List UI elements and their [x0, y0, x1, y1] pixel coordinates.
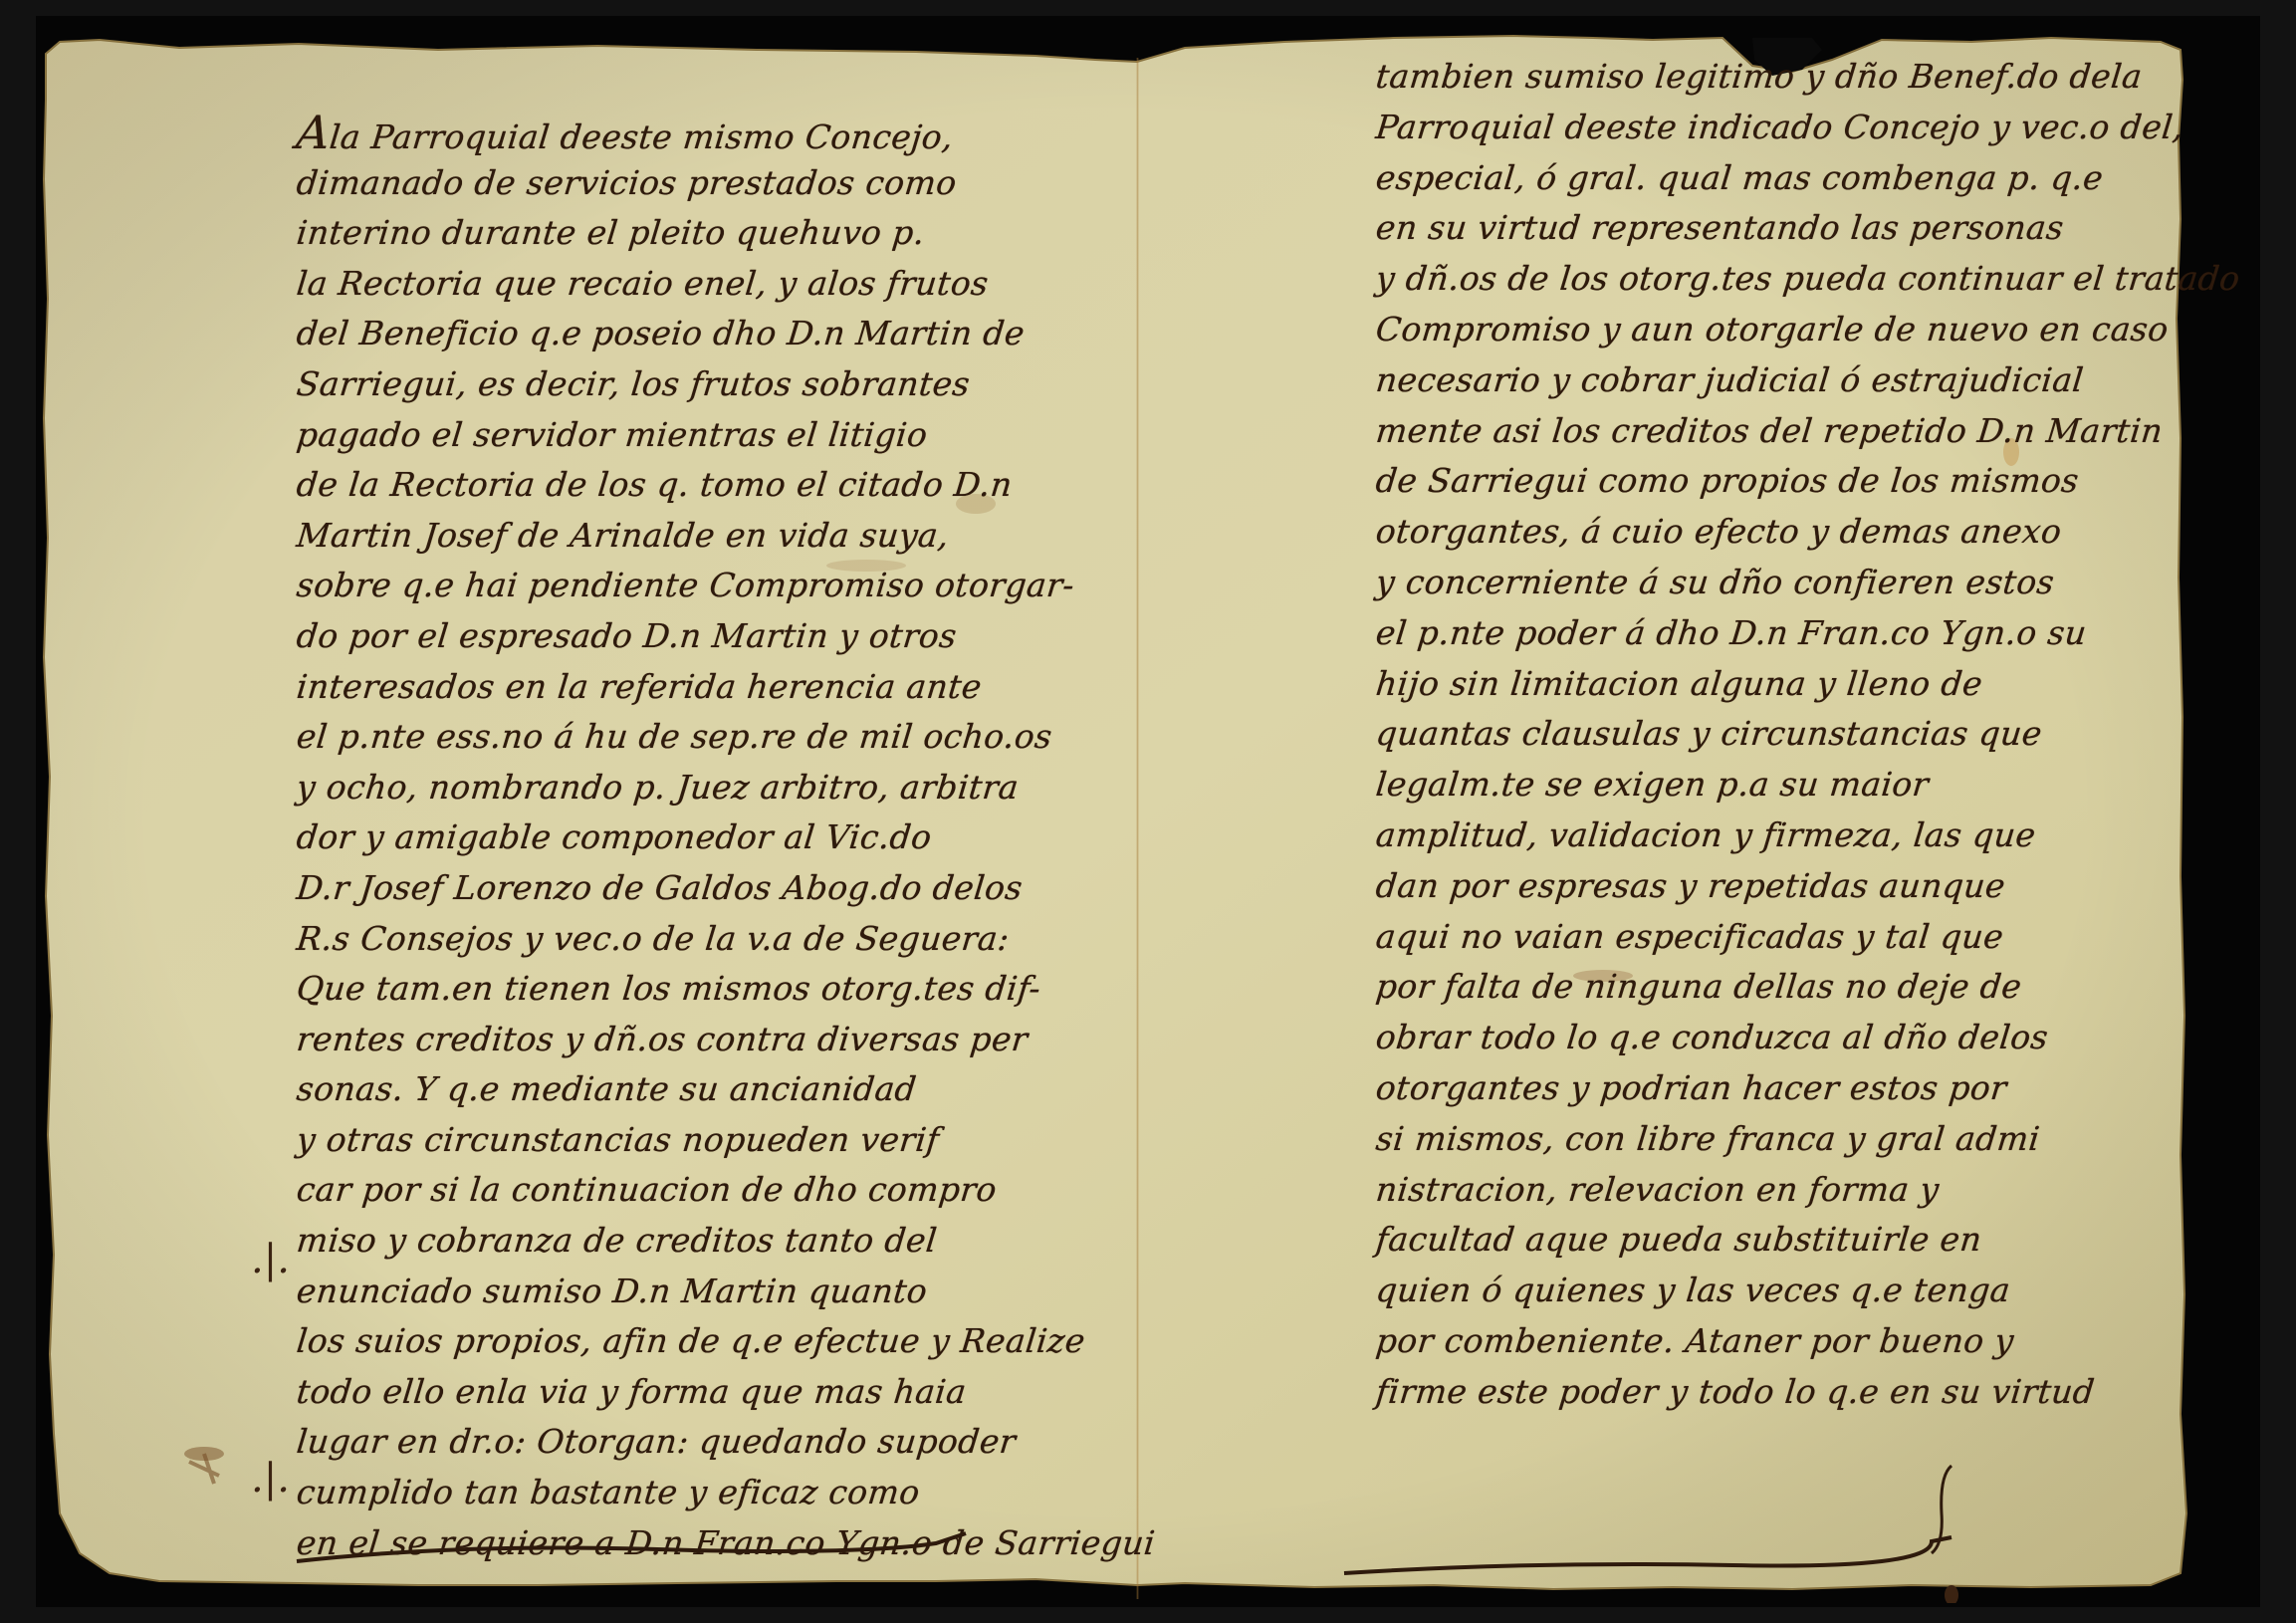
right-page: tambien sumiso legitimo y dño Benef.do d… — [1137, 20, 2260, 1603]
text-line: necesario y cobrar judicial ó estrajudic… — [1373, 355, 2194, 406]
text-line: legalm.te se exigen p.a su maior — [1373, 760, 2194, 811]
right-page-text: tambien sumiso legitimo y dño Benef.do d… — [1376, 52, 2192, 1418]
text-line: otorgantes y podrian hacer estos por — [1373, 1063, 2194, 1114]
text-line: Que tam.en tienen los mismos otorg.tes d… — [294, 964, 1075, 1015]
text-line: Parroquial deeste indicado Concejo y vec… — [1373, 103, 2194, 153]
text-line: dor y amigable componedor al Vic.do — [294, 812, 1075, 863]
manuscript-sheet: Ala Parroquial deeste mismo Concejo, dim… — [40, 20, 2260, 1603]
text-line: interino durante el pleito quehuvo p. — [294, 208, 1075, 259]
left-page-text: Ala Parroquial deeste mismo Concejo, dim… — [297, 108, 1073, 1568]
text-line: do por el espresado D.n Martin y otros — [294, 611, 1075, 662]
text-line: y otras circunstancias nopueden verif — [294, 1115, 1075, 1166]
text-line: del Beneficio q.e poseio dho D.n Martin … — [294, 309, 1075, 359]
text-line: amplitud, validacion y firmeza, las que — [1373, 811, 2194, 861]
text-line: quien ó quienes y las veces q.e tenga — [1373, 1266, 2194, 1316]
text-line: Martin Josef de Arinalde en vida suya, — [294, 511, 1075, 562]
text-line: sobre q.e hai pendiente Compromiso otorg… — [294, 561, 1075, 611]
text-line: especial, ó gral. qual mas combenga p. q… — [1373, 153, 2194, 204]
text-line: el p.nte poder á dho D.n Fran.co Ygn.o s… — [1373, 608, 2194, 659]
text-line: tambien sumiso legitimo y dño Benef.do d… — [1373, 52, 2194, 103]
text-line: rentes creditos y dñ.os contra diversas … — [294, 1015, 1075, 1065]
text-line: todo ello enla via y forma que mas haia — [294, 1367, 1075, 1418]
text-line: hijo sin limitacion alguna y lleno de — [1373, 659, 2194, 710]
text-line: por falta de ninguna dellas no deje de — [1373, 962, 2194, 1013]
text-line: en el se requiere a D.n Fran.co Ygn.o de… — [294, 1518, 1075, 1569]
text-line: dan por espresas y repetidas aunque — [1373, 861, 2194, 912]
text-line: quantas clausulas y circunstancias que — [1373, 709, 2194, 760]
text-line: los suios propios, afin de q.e efectue y… — [294, 1316, 1075, 1367]
text-line: enunciado sumiso D.n Martin quanto — [294, 1267, 1075, 1317]
text-line: de la Rectoria de los q. tomo el citado … — [294, 460, 1075, 511]
margin-mark: .|. — [251, 1456, 290, 1502]
text-line: en su virtud representando las personas — [1373, 203, 2194, 254]
text-line: lugar en dr.o: Otorgan: quedando supoder — [294, 1417, 1075, 1468]
text-line: la Rectoria que recaio enel, y alos frut… — [294, 259, 1075, 310]
text-line: Compromiso y aun otorgarle de nuevo en c… — [1373, 305, 2194, 355]
text-line: cumplido tan bastante y eficaz como — [294, 1468, 1075, 1518]
text-line: y ocho, nombrando p. Juez arbitro, arbit… — [294, 763, 1075, 813]
text-line: pagado el servidor mientras el litigio — [294, 410, 1075, 461]
text-line: D.r Josef Lorenzo de Galdos Abog.do delo… — [294, 863, 1075, 914]
text-line: car por si la continuacion de dho compro — [294, 1165, 1075, 1216]
text-line: y concerniente á su dño confieren estos — [1373, 558, 2194, 608]
left-page: Ala Parroquial deeste mismo Concejo, dim… — [40, 20, 1137, 1603]
text-line: dimanado de servicios prestados como — [294, 158, 1075, 209]
text-line: sonas. Y q.e mediante su ancianidad — [294, 1064, 1075, 1115]
text-line: de Sarriegui como propios de los mismos — [1373, 456, 2194, 507]
text-line: Sarriegui, es decir, los frutos sobrante… — [294, 359, 1075, 410]
text-line: otorgantes, á cuio efecto y demas anexo — [1373, 507, 2194, 558]
text-line: si mismos, con libre franca y gral admi — [1373, 1114, 2194, 1165]
text-line: facultad aque pueda substituirle en — [1373, 1215, 2194, 1266]
text-line: Ala Parroquial deeste mismo Concejo, — [294, 108, 1075, 158]
text-line: mente asi los creditos del repetido D.n … — [1373, 406, 2194, 457]
margin-mark: .|. — [251, 1237, 290, 1282]
text-line: y dñ.os de los otorg.tes pueda continuar… — [1373, 254, 2194, 305]
text-line: nistracion, relevacion en forma y — [1373, 1165, 2194, 1216]
text-line: R.s Consejos y vec.o de la v.a de Seguer… — [294, 914, 1075, 965]
text-line: aqui no vaian especificadas y tal que — [1373, 912, 2194, 963]
text-line: firme este poder y todo lo q.e en su vir… — [1373, 1367, 2194, 1418]
text-line: miso y cobranza de creditos tanto del — [294, 1216, 1075, 1267]
text-line: el p.nte ess.no á hu de sep.re de mil oc… — [294, 712, 1075, 763]
text-line: obrar todo lo q.e conduzca al dño delos — [1373, 1013, 2194, 1063]
text-line: por combeniente. Ataner por bueno y — [1373, 1316, 2194, 1367]
text-line: interesados en la referida herencia ante — [294, 662, 1075, 713]
